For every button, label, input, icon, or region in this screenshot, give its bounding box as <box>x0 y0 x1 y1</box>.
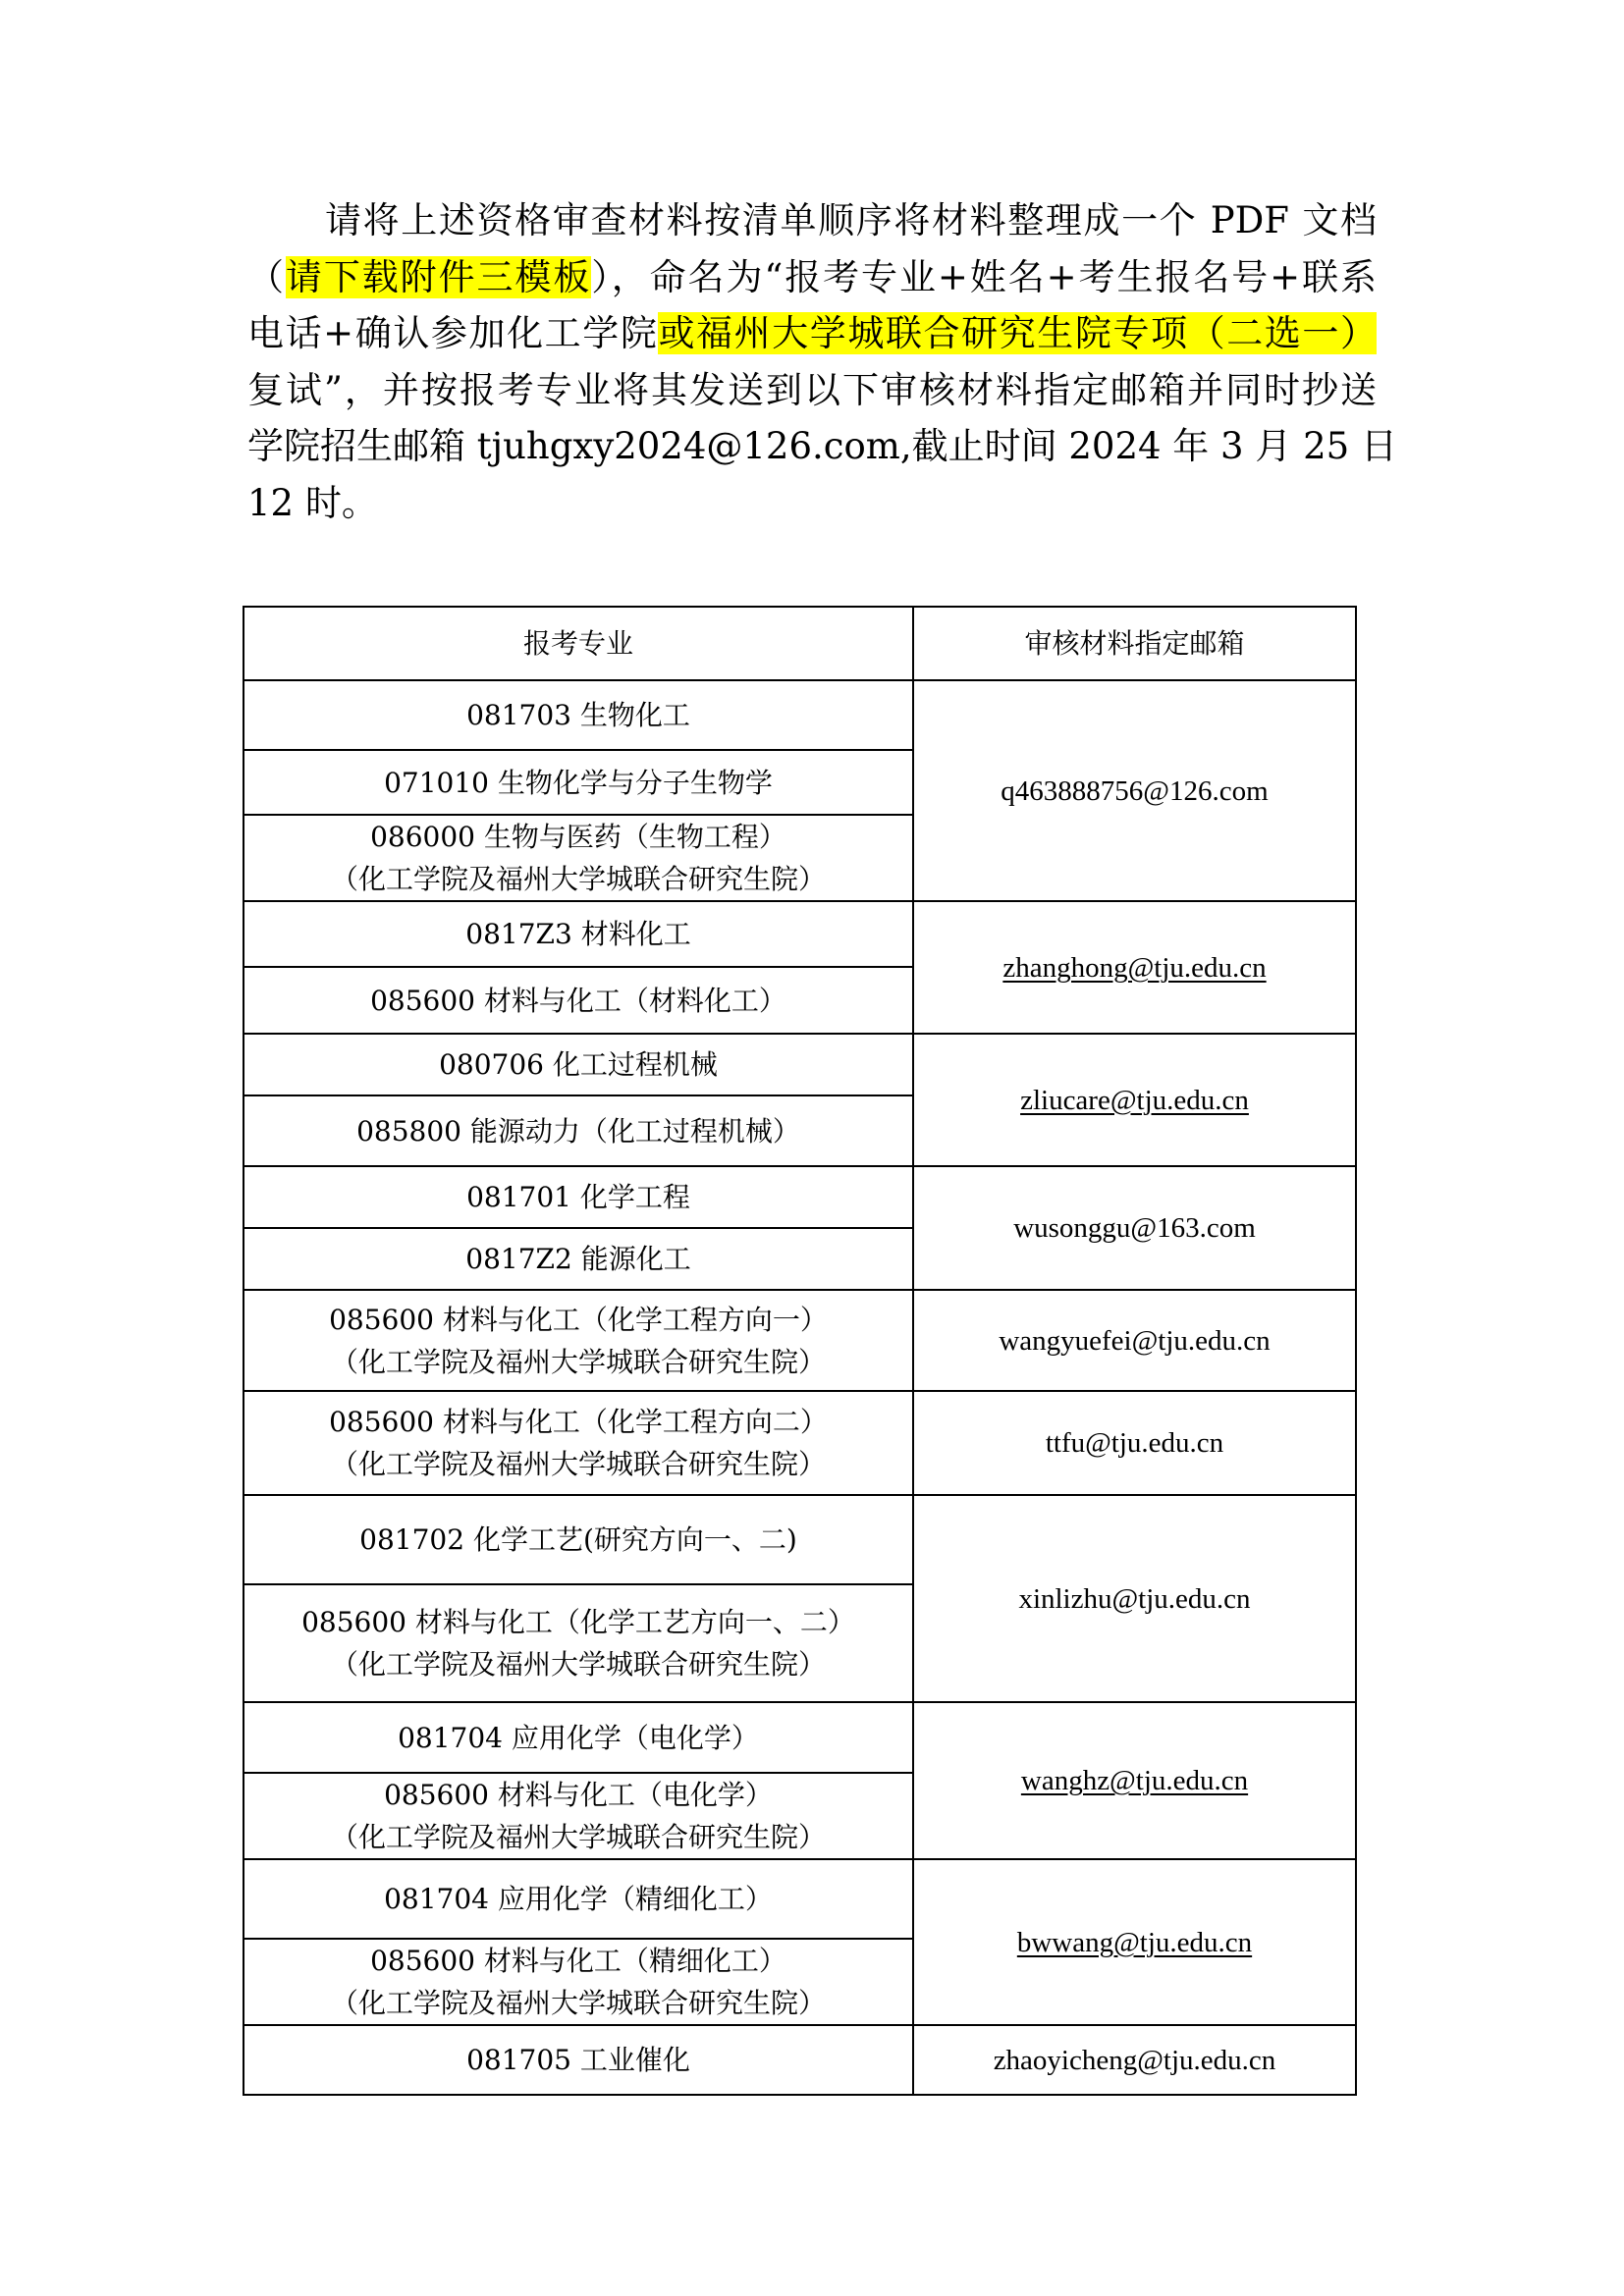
major-note: （化工学院及福州大学城联合研究生院） <box>244 858 912 900</box>
major-name: 085600 材料与化工（精细化工） <box>244 1940 912 1982</box>
major-name: 080706 化工过程机械 <box>244 1043 912 1086</box>
email-cell: xinlizhu@tju.edu.cn <box>913 1495 1356 1702</box>
major-name: 085800 能源动力（化工过程机械） <box>244 1110 912 1152</box>
major-name: 081704 应用化学（电化学） <box>244 1717 912 1759</box>
major-email-table: 报考专业 审核材料指定邮箱 081703 生物化工q463888756@126.… <box>243 606 1357 2096</box>
header-email: 审核材料指定邮箱 <box>913 607 1356 680</box>
major-cell: 080706 化工过程机械 <box>244 1034 913 1095</box>
instruction-paragraph: 请将上述资格审查材料按清单顺序将材料整理成一个 PDF 文档（请下载附件三模板）… <box>247 192 1377 531</box>
table-row: 085600 材料与化工（化学工程方向二）（化工学院及福州大学城联合研究生院）t… <box>244 1391 1356 1495</box>
paragraph-line: （请下载附件三模板），命名为“报考专业+姓名+考生报名号+联系 <box>247 249 1377 306</box>
email-cell: zhanghong@tju.edu.cn <box>913 901 1356 1034</box>
email-cell: zliucare@tju.edu.cn <box>913 1034 1356 1166</box>
major-cell: 085800 能源动力（化工过程机械） <box>244 1095 913 1166</box>
table-row: 081703 生物化工q463888756@126.com <box>244 680 1356 750</box>
major-cell: 0817Z3 材料化工 <box>244 901 913 967</box>
email-cell: zhaoyicheng@tju.edu.cn <box>913 2025 1356 2095</box>
review-email-link[interactable]: zhanghong@tju.edu.cn <box>1002 952 1266 984</box>
major-name: 085600 材料与化工（化学工程方向一） <box>244 1299 912 1341</box>
major-cell: 085600 材料与化工（电化学）（化工学院及福州大学城联合研究生院） <box>244 1773 913 1859</box>
table-row: 081704 应用化学（精细化工）bwwang@tju.edu.cn <box>244 1859 1356 1939</box>
major-cell: 085600 材料与化工（精细化工）（化工学院及福州大学城联合研究生院） <box>244 1939 913 2025</box>
review-email-link: q463888756@126.com <box>1001 775 1268 807</box>
email-cell: wangyuefei@tju.edu.cn <box>913 1290 1356 1391</box>
major-name: 081705 工业催化 <box>244 2039 912 2081</box>
major-name: 0817Z3 材料化工 <box>244 913 912 955</box>
review-email-link: wusonggu@163.com <box>1013 1212 1256 1244</box>
major-cell: 086000 生物与医药（生物工程）（化工学院及福州大学城联合研究生院） <box>244 815 913 901</box>
major-cell: 081703 生物化工 <box>244 680 913 750</box>
major-cell: 085600 材料与化工（化学工程方向二）（化工学院及福州大学城联合研究生院） <box>244 1391 913 1495</box>
major-name: 081703 生物化工 <box>244 694 912 736</box>
major-cell: 081704 应用化学（精细化工） <box>244 1859 913 1939</box>
review-email-link: zhaoyicheng@tju.edu.cn <box>994 2045 1276 2076</box>
paragraph-text: 请将上述资格审查材料按清单顺序将材料整理成一个 PDF 文档 <box>325 199 1377 241</box>
email-cell: wusonggu@163.com <box>913 1166 1356 1290</box>
highlighted-text: 请下载附件三模板 <box>286 256 591 298</box>
major-name: 085600 材料与化工（材料化工） <box>244 980 912 1022</box>
major-name: 0817Z2 能源化工 <box>244 1238 912 1280</box>
review-email-link[interactable]: zliucare@tju.edu.cn <box>1020 1085 1249 1116</box>
review-email-link: ttfu@tju.edu.cn <box>1046 1427 1223 1459</box>
table-row: 0817Z3 材料化工zhanghong@tju.edu.cn <box>244 901 1356 967</box>
major-note: （化工学院及福州大学城联合研究生院） <box>244 1643 912 1685</box>
table-row: 081701 化学工程wusonggu@163.com <box>244 1166 1356 1228</box>
major-cell: 081705 工业催化 <box>244 2025 913 2095</box>
table-row: 081702 化学工艺(研究方向一、二)xinlizhu@tju.edu.cn <box>244 1495 1356 1584</box>
paragraph-line: 12 时。 <box>247 475 1377 532</box>
paragraph-text: （ <box>247 256 286 298</box>
table-row: 085600 材料与化工（化学工程方向一）（化工学院及福州大学城联合研究生院）w… <box>244 1290 1356 1391</box>
table-row: 081704 应用化学（电化学）wanghz@tju.edu.cn <box>244 1702 1356 1773</box>
major-cell: 085600 材料与化工（化学工程方向一）（化工学院及福州大学城联合研究生院） <box>244 1290 913 1391</box>
review-email-link[interactable]: wanghz@tju.edu.cn <box>1021 1765 1248 1796</box>
email-cell: ttfu@tju.edu.cn <box>913 1391 1356 1495</box>
major-name: 081701 化学工程 <box>244 1176 912 1218</box>
paragraph-text: 复试”，并按报考专业将其发送到以下审核材料指定邮箱并同时抄送 <box>247 369 1377 411</box>
major-cell: 0817Z2 能源化工 <box>244 1228 913 1290</box>
table-row: 080706 化工过程机械zliucare@tju.edu.cn <box>244 1034 1356 1095</box>
paragraph-text: 电话+确认参加化工学院 <box>247 312 658 354</box>
major-name: 085600 材料与化工（电化学） <box>244 1774 912 1816</box>
email-cell: wanghz@tju.edu.cn <box>913 1702 1356 1859</box>
review-email-link: xinlizhu@tju.edu.cn <box>1018 1583 1250 1615</box>
major-name: 085600 材料与化工（化学工艺方向一、二） <box>244 1601 912 1643</box>
paragraph-line: 电话+确认参加化工学院或福州大学城联合研究生院专项（二选一） <box>247 305 1377 362</box>
major-cell: 085600 材料与化工（化学工艺方向一、二）（化工学院及福州大学城联合研究生院… <box>244 1584 913 1702</box>
major-name: 071010 生物化学与分子生物学 <box>244 762 912 804</box>
major-note: （化工学院及福州大学城联合研究生院） <box>244 1816 912 1858</box>
major-name: 086000 生物与医药（生物工程） <box>244 816 912 858</box>
email-cell: q463888756@126.com <box>913 680 1356 901</box>
table-header-row: 报考专业 审核材料指定邮箱 <box>244 607 1356 680</box>
major-name: 085600 材料与化工（化学工程方向二） <box>244 1401 912 1443</box>
major-cell: 081704 应用化学（电化学） <box>244 1702 913 1773</box>
major-name: 081704 应用化学（精细化工） <box>244 1878 912 1920</box>
paragraph-text: 12 时。 <box>247 482 378 524</box>
major-cell: 081701 化学工程 <box>244 1166 913 1228</box>
email-cell: bwwang@tju.edu.cn <box>913 1859 1356 2025</box>
major-note: （化工学院及福州大学城联合研究生院） <box>244 1982 912 2024</box>
review-email-link: wangyuefei@tju.edu.cn <box>999 1325 1270 1357</box>
header-major: 报考专业 <box>244 607 913 680</box>
paragraph-line: 学院招生邮箱 tjuhgxy2024@126.com,截止时间 2024 年 3… <box>247 418 1377 475</box>
major-name: 081702 化学工艺(研究方向一、二) <box>244 1519 912 1561</box>
paragraph-line: 请将上述资格审查材料按清单顺序将材料整理成一个 PDF 文档 <box>247 192 1377 249</box>
major-note: （化工学院及福州大学城联合研究生院） <box>244 1443 912 1485</box>
major-cell: 071010 生物化学与分子生物学 <box>244 750 913 815</box>
major-cell: 085600 材料与化工（材料化工） <box>244 967 913 1034</box>
paragraph-text: 学院招生邮箱 tjuhgxy2024@126.com,截止时间 2024 年 3… <box>247 425 1397 467</box>
table-row: 081705 工业催化zhaoyicheng@tju.edu.cn <box>244 2025 1356 2095</box>
major-cell: 081702 化学工艺(研究方向一、二) <box>244 1495 913 1584</box>
major-note: （化工学院及福州大学城联合研究生院） <box>244 1341 912 1383</box>
paragraph-line: 复试”，并按报考专业将其发送到以下审核材料指定邮箱并同时抄送 <box>247 362 1377 419</box>
review-email-link[interactable]: bwwang@tju.edu.cn <box>1017 1927 1252 1958</box>
paragraph-text: ），命名为“报考专业+姓名+考生报名号+联系 <box>591 256 1377 298</box>
highlighted-text: 或福州大学城联合研究生院专项（二选一） <box>658 312 1377 354</box>
